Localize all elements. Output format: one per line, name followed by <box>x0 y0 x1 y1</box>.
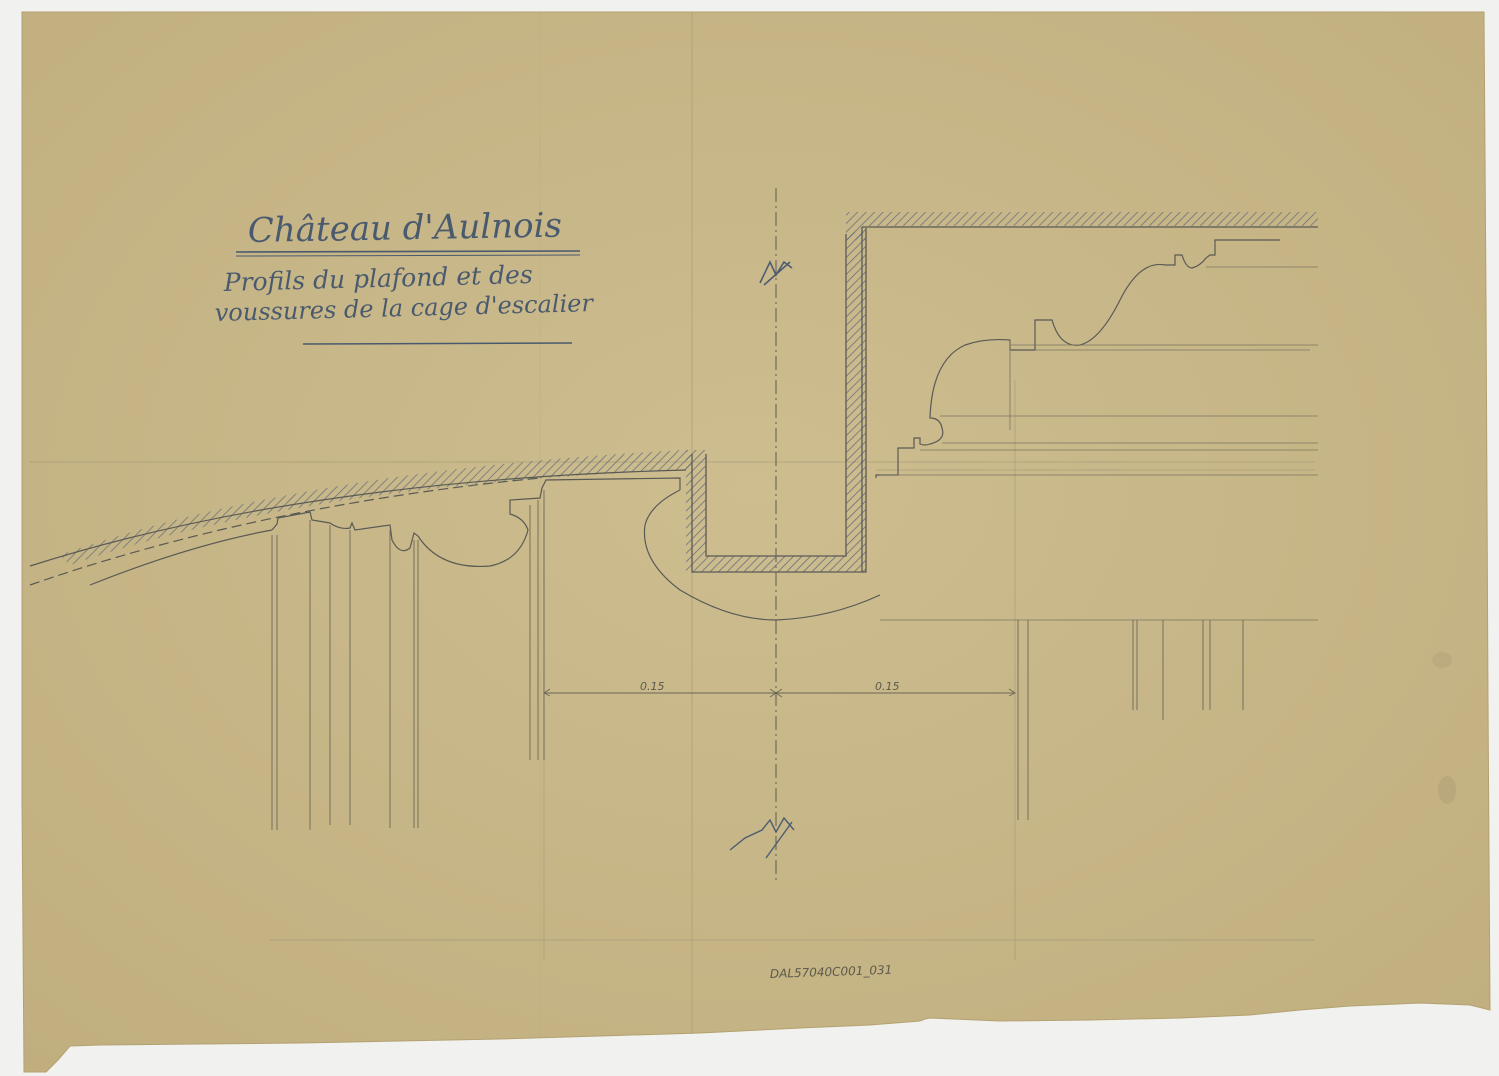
paper-sheet <box>22 12 1490 1072</box>
dimension-right-label: 0.15 <box>875 680 900 693</box>
title-chateau: Château d'Aulnois <box>247 206 562 251</box>
drawing-sheet: Château d'Aulnois Profils du plafond et … <box>0 0 1499 1076</box>
dimension-left-label: 0.15 <box>640 680 665 693</box>
title-underline <box>303 343 572 344</box>
